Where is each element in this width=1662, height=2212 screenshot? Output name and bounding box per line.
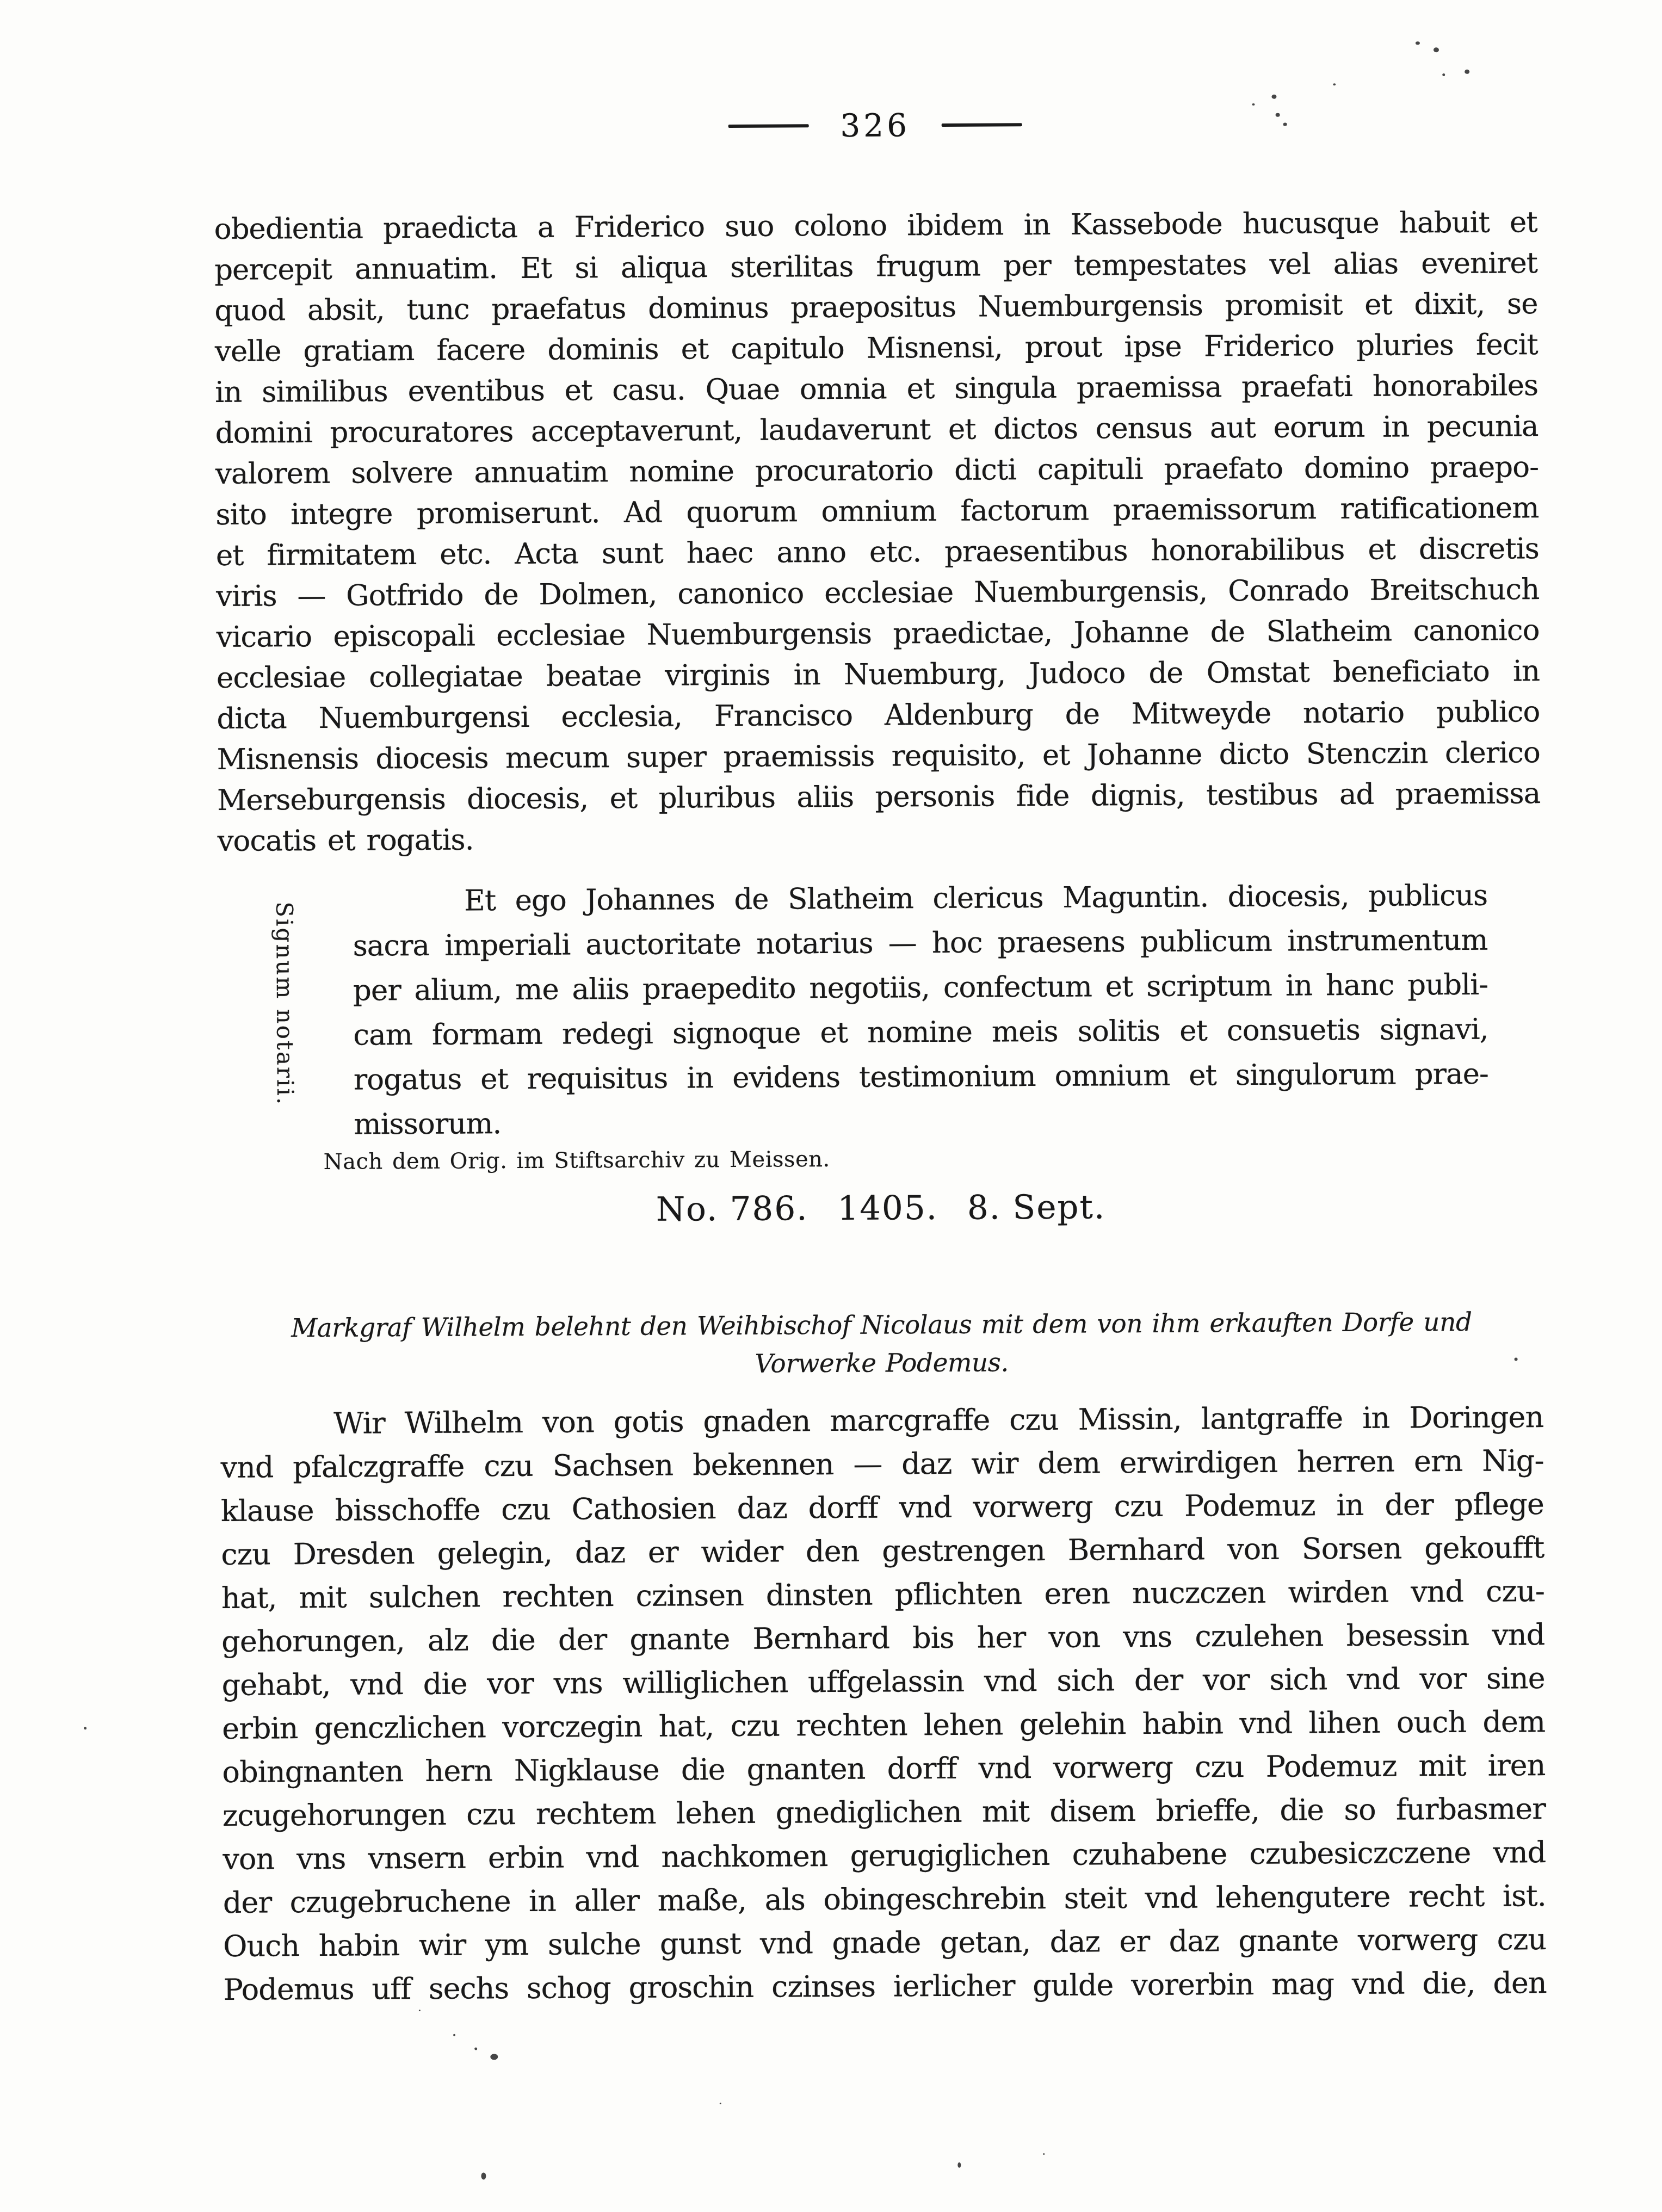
scan-speck	[720, 2103, 721, 2104]
latin-paragraph: obedientia praedicta a Friderico suo col…	[214, 202, 1540, 862]
entry-heading: No. 786. 1405. 8. Sept.	[219, 1185, 1542, 1231]
page-number-rule-right	[942, 123, 1022, 127]
latin-text-line: percepit annuatim. Et si aliqua sterilit…	[214, 243, 1537, 291]
latin-text-line: obedientia praedicta a Friderico suo col…	[214, 202, 1537, 250]
scan-speck	[1465, 70, 1469, 74]
scan-speck	[419, 2010, 421, 2011]
margin-note-signum-notarii: Signum notarii.	[271, 901, 299, 1130]
scan-speck	[1043, 2153, 1045, 2155]
scanned-page: 326 obedientia praedicta a Friderico suo…	[0, 0, 1662, 2212]
german-text-line: klause bisschoffe czu Cathosien daz dorf…	[221, 1482, 1544, 1533]
notary-text-line: Et ego Johannes de Slatheim clericus Mag…	[353, 874, 1487, 924]
scan-speck	[84, 1727, 87, 1729]
latin-text-line: Misnensis diocesis mecum super praemissi…	[217, 732, 1540, 780]
german-text-line: zcugehorungen czu rechtem lehen gnedigli…	[223, 1787, 1546, 1838]
german-paragraph: Wir Wilhelm von gotis gnaden marcgraffe …	[220, 1395, 1547, 2012]
scan-speck	[1333, 83, 1336, 85]
notary-paragraph: Et ego Johannes de Slatheim clericus Mag…	[353, 874, 1489, 1147]
notary-text-line: missorum.	[354, 1097, 1488, 1147]
german-text-line: Podemus uff sechs schog groschin czinses…	[223, 1961, 1546, 2012]
german-text-line: vnd pfalczgraffe czu Sachsen bekennen — …	[220, 1439, 1543, 1490]
page-header: 326	[213, 97, 1536, 153]
notary-text-line: rogatus et requisitus in evidens testimo…	[354, 1052, 1488, 1103]
latin-text-line: domini procuratores acceptaverunt, lauda…	[215, 406, 1538, 454]
entry-summary: Markgraf Wilhelm belehnt den Weihbischof…	[220, 1303, 1543, 1386]
latin-text-line: et firmitatem etc. Acta sunt haec anno e…	[216, 528, 1539, 576]
german-text-line: Ouch habin wir ym sulche gunst vnd gnade…	[223, 1918, 1546, 1968]
page-number: 326	[840, 107, 910, 144]
scan-speck	[1283, 123, 1287, 126]
scan-speck	[490, 2054, 498, 2060]
scan-speck	[1515, 1357, 1518, 1361]
summary-text-line: Vorwerke Podemus.	[220, 1341, 1543, 1386]
latin-text-line: viris — Gotfrido de Dolmen, canonico ecc…	[216, 569, 1539, 617]
german-text-line: obingnanten hern Nigklause die gnanten d…	[222, 1744, 1545, 1794]
scan-speck	[1252, 103, 1255, 106]
latin-text-line: ecclesiae collegiatae beatae virginis in…	[217, 651, 1540, 699]
notary-text-line: per alium, me aliis praepedito negotiis,…	[353, 963, 1488, 1014]
german-text-line: von vns vnsern erbin vnd nachkomen gerug…	[223, 1831, 1546, 1881]
latin-text-line: Merseburgensis diocesis, et pluribus ali…	[217, 773, 1540, 821]
german-text-line: Wir Wilhelm von gotis gnaden marcgraffe …	[220, 1395, 1543, 1446]
latin-text-line: vocatis et rogatis.	[217, 814, 1540, 862]
scan-speck	[1434, 47, 1439, 52]
latin-text-line: vicario episcopali ecclesiae Nuemburgens…	[216, 610, 1539, 658]
scan-speck	[1271, 95, 1276, 99]
latin-text-line: velle gratiam facere dominis et capitulo…	[215, 324, 1538, 372]
german-text-line: gehorungen, alz die der gnante Bernhard …	[221, 1613, 1544, 1664]
scan-speck	[481, 2172, 486, 2179]
german-text-line: czu Dresden gelegin, daz er wider den ge…	[221, 1526, 1544, 1577]
latin-text-line: in similibus eventibus et casu. Quae omn…	[215, 365, 1538, 413]
scan-speck	[474, 2047, 477, 2050]
german-text-line: hat, mit sulchen rechten czinsen dinsten…	[221, 1570, 1544, 1620]
latin-text-line: quod absit, tunc praefatus dominus praep…	[214, 283, 1537, 331]
latin-text-line: valorem solvere annuatim nomine procurat…	[215, 447, 1539, 495]
notary-text-line: sacra imperiali auctoritate notarius — h…	[353, 918, 1487, 969]
scan-speck	[1276, 113, 1280, 117]
latin-text-line: sito integre promiserunt. Ad quorum omni…	[215, 487, 1539, 535]
scan-speck	[453, 2034, 455, 2036]
german-text-line: der czugebruchene in aller maße, als obi…	[223, 1874, 1546, 1925]
scan-speck	[957, 2162, 961, 2168]
scan-speck	[1442, 73, 1445, 76]
scan-speck	[1416, 41, 1420, 45]
latin-text-line: dicta Nuemburgensi ecclesia, Francisco A…	[217, 691, 1540, 739]
source-note: Nach dem Orig. im Stiftsarchiv zu Meisse…	[324, 1147, 830, 1175]
summary-text-line: Markgraf Wilhelm belehnt den Weihbischof…	[220, 1303, 1543, 1348]
notary-text-line: cam formam redegi signoque et nomine mei…	[353, 1008, 1488, 1058]
german-text-line: gehabt, vnd die vor vns williglichen uff…	[221, 1657, 1544, 1707]
german-text-line: erbin genczlichen vorczegin hat, czu rec…	[222, 1700, 1545, 1751]
page-number-rule-left	[728, 124, 808, 128]
